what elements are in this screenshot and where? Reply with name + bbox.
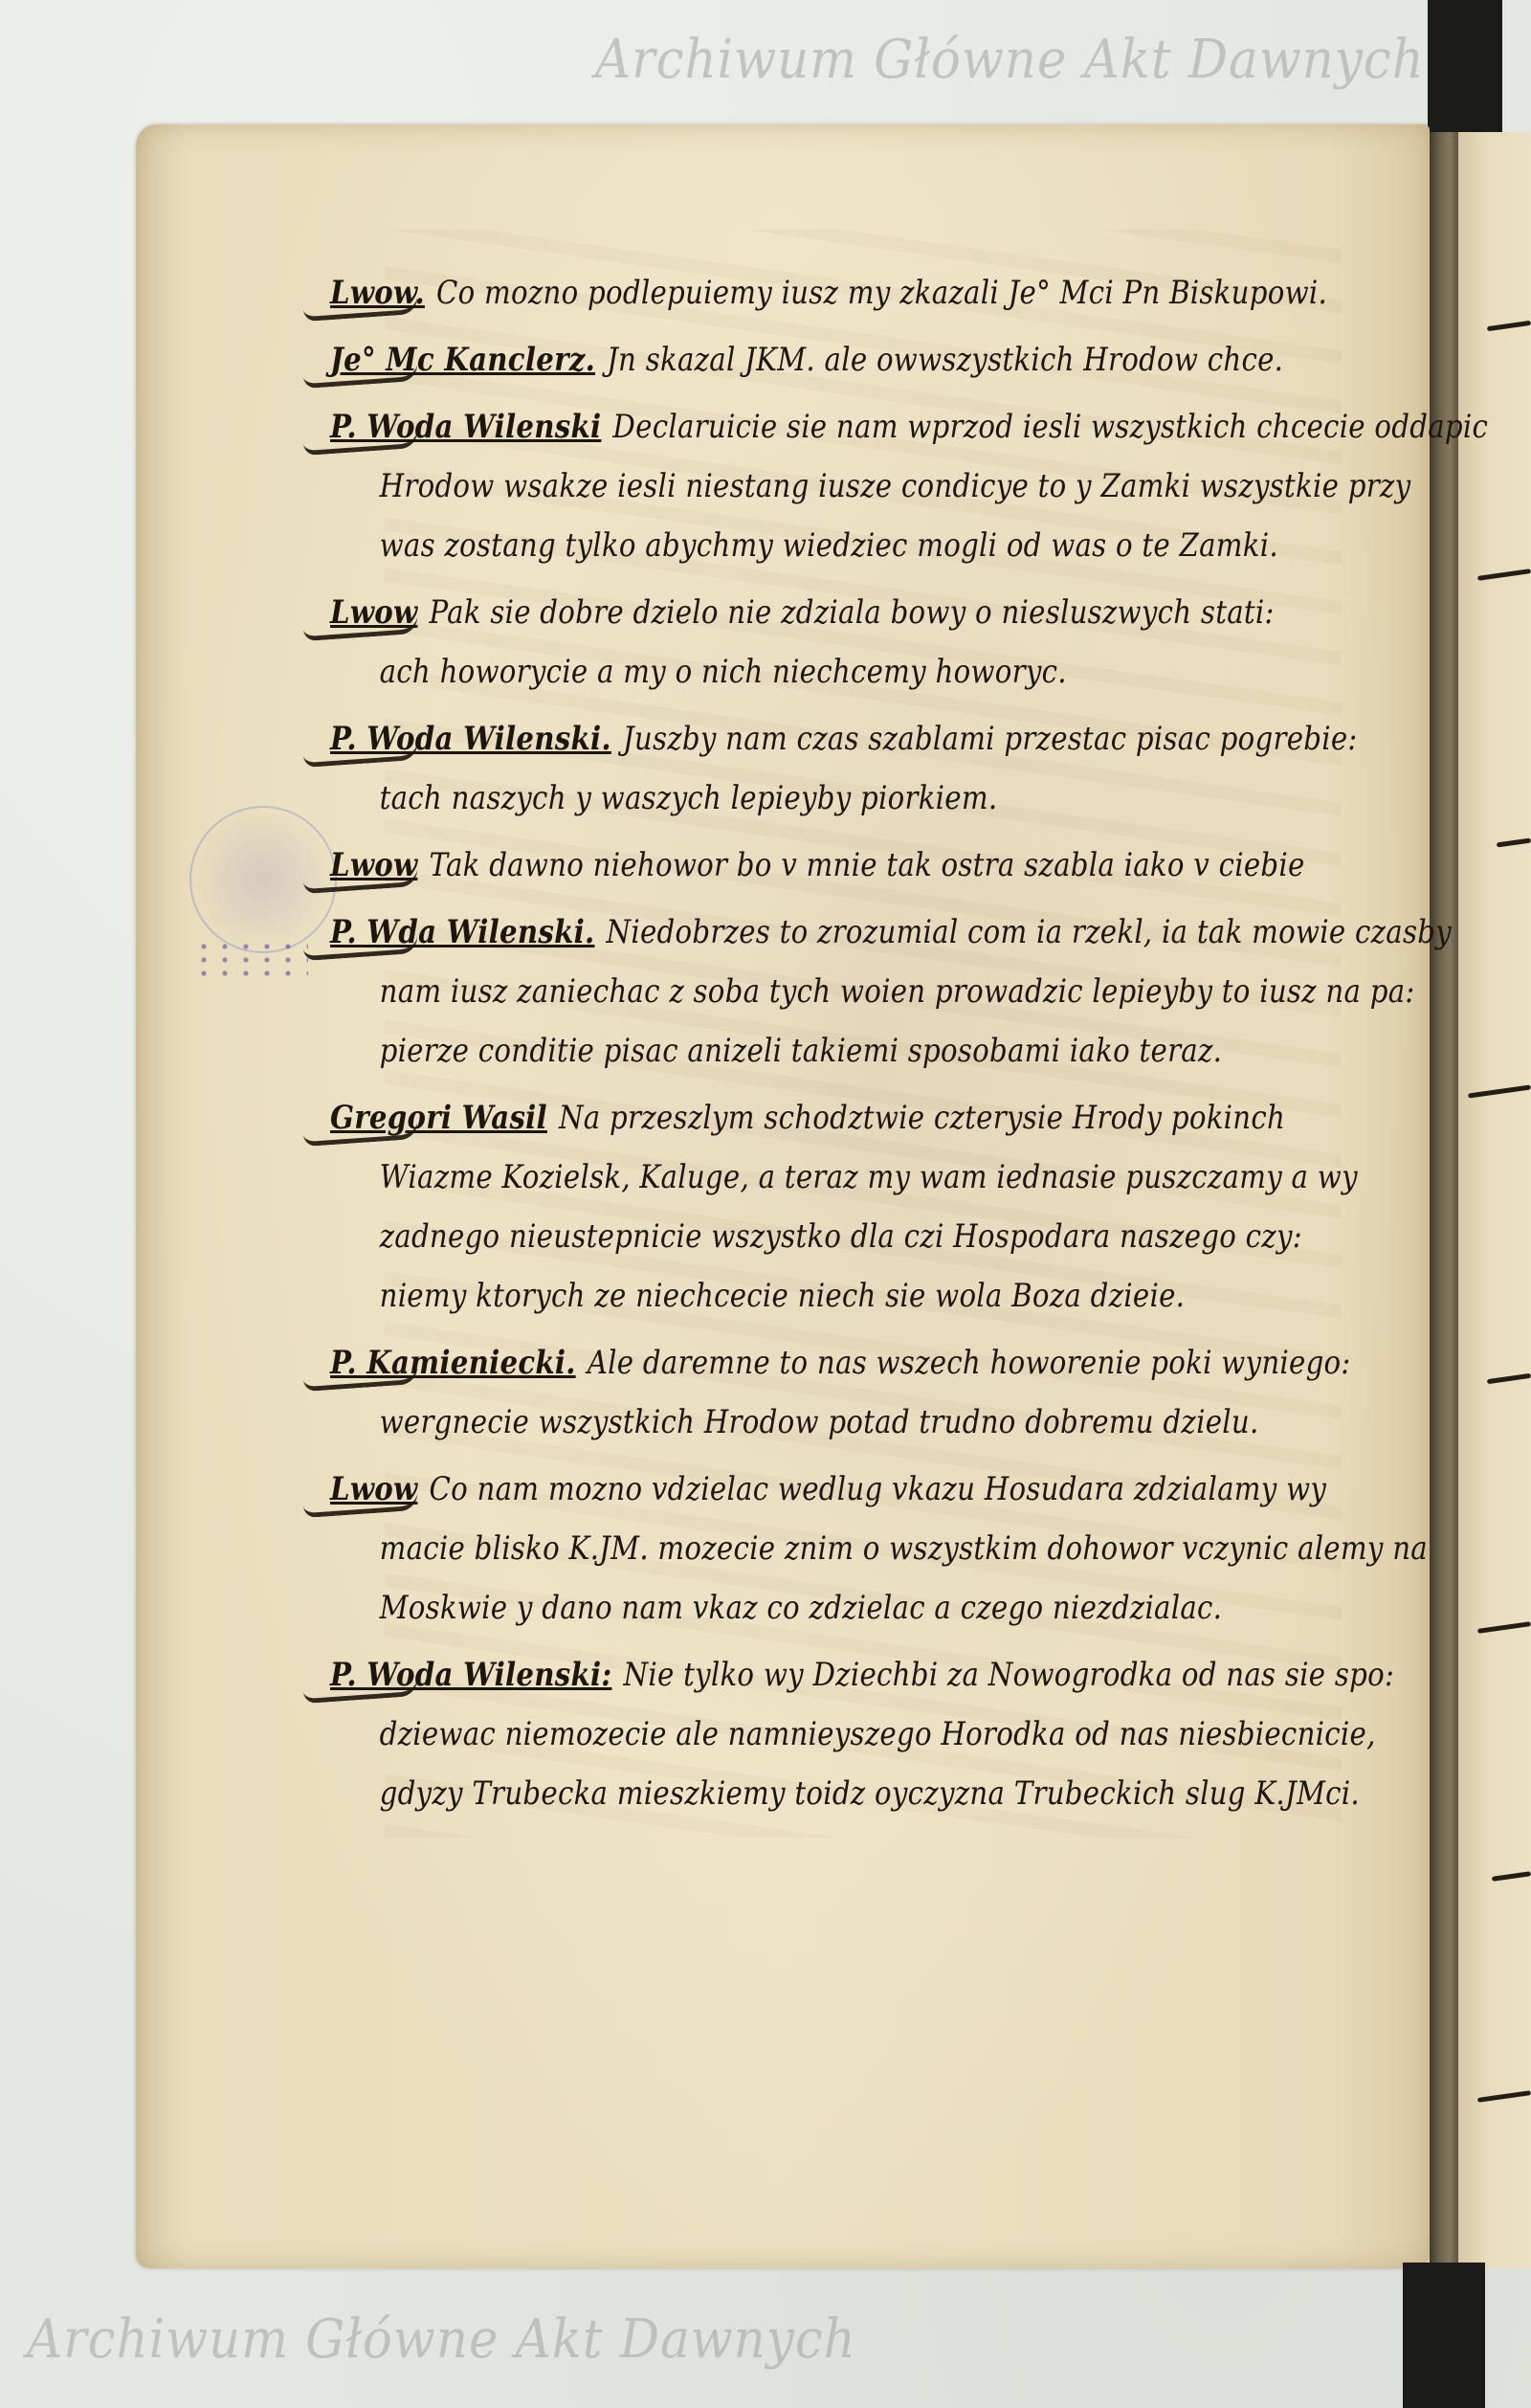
dialogue-entry: P. Wda Wilenski.Niedobrzes to zrozumial … [330,903,1411,1081]
dialogue-entry: Gregori WasilNa przeszlym schodztwie czt… [330,1088,1411,1326]
entry-line: zadnego nieustepnicie wszystko dla czi H… [330,1207,1260,1266]
entry-line: LwowTak dawno niehowor bo v mnie tak ost… [330,836,1260,895]
speaker-label: Lwow [330,846,417,884]
entry-line: niemy ktorych ze niechcecie niech sie wo… [330,1266,1260,1326]
line-text: Juszby nam czas szablami przestac pisac … [623,720,1358,758]
entry-line: gdyzy Trubecka mieszkiemy toidz oyczyzna… [330,1764,1260,1823]
book-gutter [1430,132,1458,2268]
adjacent-page-ink-stroke [1477,1621,1531,1634]
adjacent-page-ink-stroke [1487,1373,1531,1384]
adjacent-page-ink-stroke [1477,569,1531,581]
dialogue-entry: P. Kamieniecki.Ale daremne to nas wszech… [330,1333,1411,1452]
dialogue-entry: P. Woda Wilenski:Nie tylko wy Dziechbi z… [330,1645,1411,1823]
manuscript-text: Lwow.Co mozno podlepuiemy iusz my zkazal… [330,263,1411,1831]
speaker-label: P. Kamieniecki. [330,1344,576,1382]
dialogue-entry: Je° Mc Kanclerz.Jn skazal JKM. ale owwsz… [330,330,1411,390]
dialogue-entry: P. Woda Wilenski.Juszby nam czas szablam… [330,709,1411,828]
entry-line: pierze conditie pisac anizeli takiemi sp… [330,1021,1260,1081]
line-text: Jn skazal JKM. ale owwszystkich Hrodow c… [607,341,1283,379]
line-text: Co mozno podlepuiemy iusz my zkazali Je°… [436,274,1327,312]
dialogue-entry: P. Woda WilenskiDeclaruicie sie nam wprz… [330,397,1411,575]
entry-line: P. Woda Wilenski:Nie tylko wy Dziechbi z… [330,1645,1260,1705]
entry-line: LwowCo nam mozno vdzielac wedlug vkazu H… [330,1460,1260,1519]
adjacent-page-ink-stroke [1487,321,1531,331]
entry-line: macie blisko K.JM. mozecie znim o wszyst… [330,1519,1260,1578]
speaker-label: P. Wda Wilenski. [330,913,594,951]
entry-line: Hrodow wsakze iesli niestang iusze condi… [330,457,1260,516]
binding-clip-bottom [1403,2263,1485,2408]
line-text: Ale daremne to nas wszech howorenie poki… [588,1344,1351,1382]
entry-line: Je° Mc Kanclerz.Jn skazal JKM. ale owwsz… [330,330,1260,390]
speaker-label: Lwow [330,593,417,632]
entry-line: Lwow.Co mozno podlepuiemy iusz my zkazal… [330,263,1260,323]
entry-line: wergnecie wszystkich Hrodow potad trudno… [330,1393,1260,1452]
entry-line: Wiazme Kozielsk, Kaluge, a teraz my wam … [330,1148,1260,1207]
adjacent-page-edge [1458,132,1531,2268]
watermark-top: Archiwum Główne Akt Dawnych [595,29,1425,91]
watermark-bottom: Archiwum Główne Akt Dawnych [27,2308,856,2371]
adjacent-page-ink-stroke [1492,1871,1531,1882]
line-text: Co nam mozno vdzielac wedlug vkazu Hosud… [429,1470,1326,1508]
line-text: Na przeszlym schodztwie czterysie Hrody … [559,1099,1285,1137]
entry-line: Moskwie y dano nam vkaz co zdzielac a cz… [330,1578,1260,1638]
speaker-label: P. Woda Wilenski [330,408,601,446]
stamp-ink-specks [193,940,308,978]
speaker-label: P. Woda Wilenski. [330,720,611,758]
dialogue-entry: Lwow.Co mozno podlepuiemy iusz my zkazal… [330,263,1411,323]
dialogue-entry: LwowCo nam mozno vdzielac wedlug vkazu H… [330,1460,1411,1638]
line-text: Declaruicie sie nam wprzod iesli wszystk… [612,408,1488,446]
line-text: Nie tylko wy Dziechbi za Nowogrodka od n… [623,1656,1394,1694]
speaker-label: Je° Mc Kanclerz. [330,341,595,379]
entry-line: was zostang tylko abychmy wiedziec mogli… [330,516,1260,575]
entry-line: Gregori WasilNa przeszlym schodztwie czt… [330,1088,1260,1148]
speaker-label: Gregori Wasil [330,1099,547,1137]
dialogue-entry: LwowPak sie dobre dzielo nie zdziala bow… [330,583,1411,702]
entry-line: P. Woda WilenskiDeclaruicie sie nam wprz… [330,397,1260,457]
binding-clip-top [1428,0,1502,132]
adjacent-page-ink-stroke [1497,838,1531,848]
entry-line: tach naszych y waszych lepieyby piorkiem… [330,769,1260,828]
entry-line: ach howorycie a my o nich niechcemy howo… [330,642,1260,702]
entry-line: dziewac niemozecie ale namnieyszego Horo… [330,1705,1260,1764]
entry-line: P. Kamieniecki.Ale daremne to nas wszech… [330,1333,1260,1393]
adjacent-page-ink-stroke [1468,1084,1531,1098]
line-text: Pak sie dobre dzielo nie zdziala bowy o … [429,593,1274,632]
entry-line: LwowPak sie dobre dzielo nie zdziala bow… [330,583,1260,642]
entry-line: P. Woda Wilenski.Juszby nam czas szablam… [330,709,1260,769]
entry-line: P. Wda Wilenski.Niedobrzes to zrozumial … [330,903,1260,962]
speaker-label: Lwow. [330,274,425,312]
speaker-label: P. Woda Wilenski: [330,1656,611,1694]
line-text: Niedobrzes to zrozumial com ia rzekl, ia… [607,913,1452,951]
adjacent-page-ink-stroke [1477,2090,1531,2103]
line-text: Tak dawno niehowor bo v mnie tak ostra s… [429,846,1304,884]
dialogue-entry: LwowTak dawno niehowor bo v mnie tak ost… [330,836,1411,895]
entry-line: nam iusz zaniechac z soba tych woien pro… [330,962,1260,1021]
speaker-label: Lwow [330,1470,417,1508]
